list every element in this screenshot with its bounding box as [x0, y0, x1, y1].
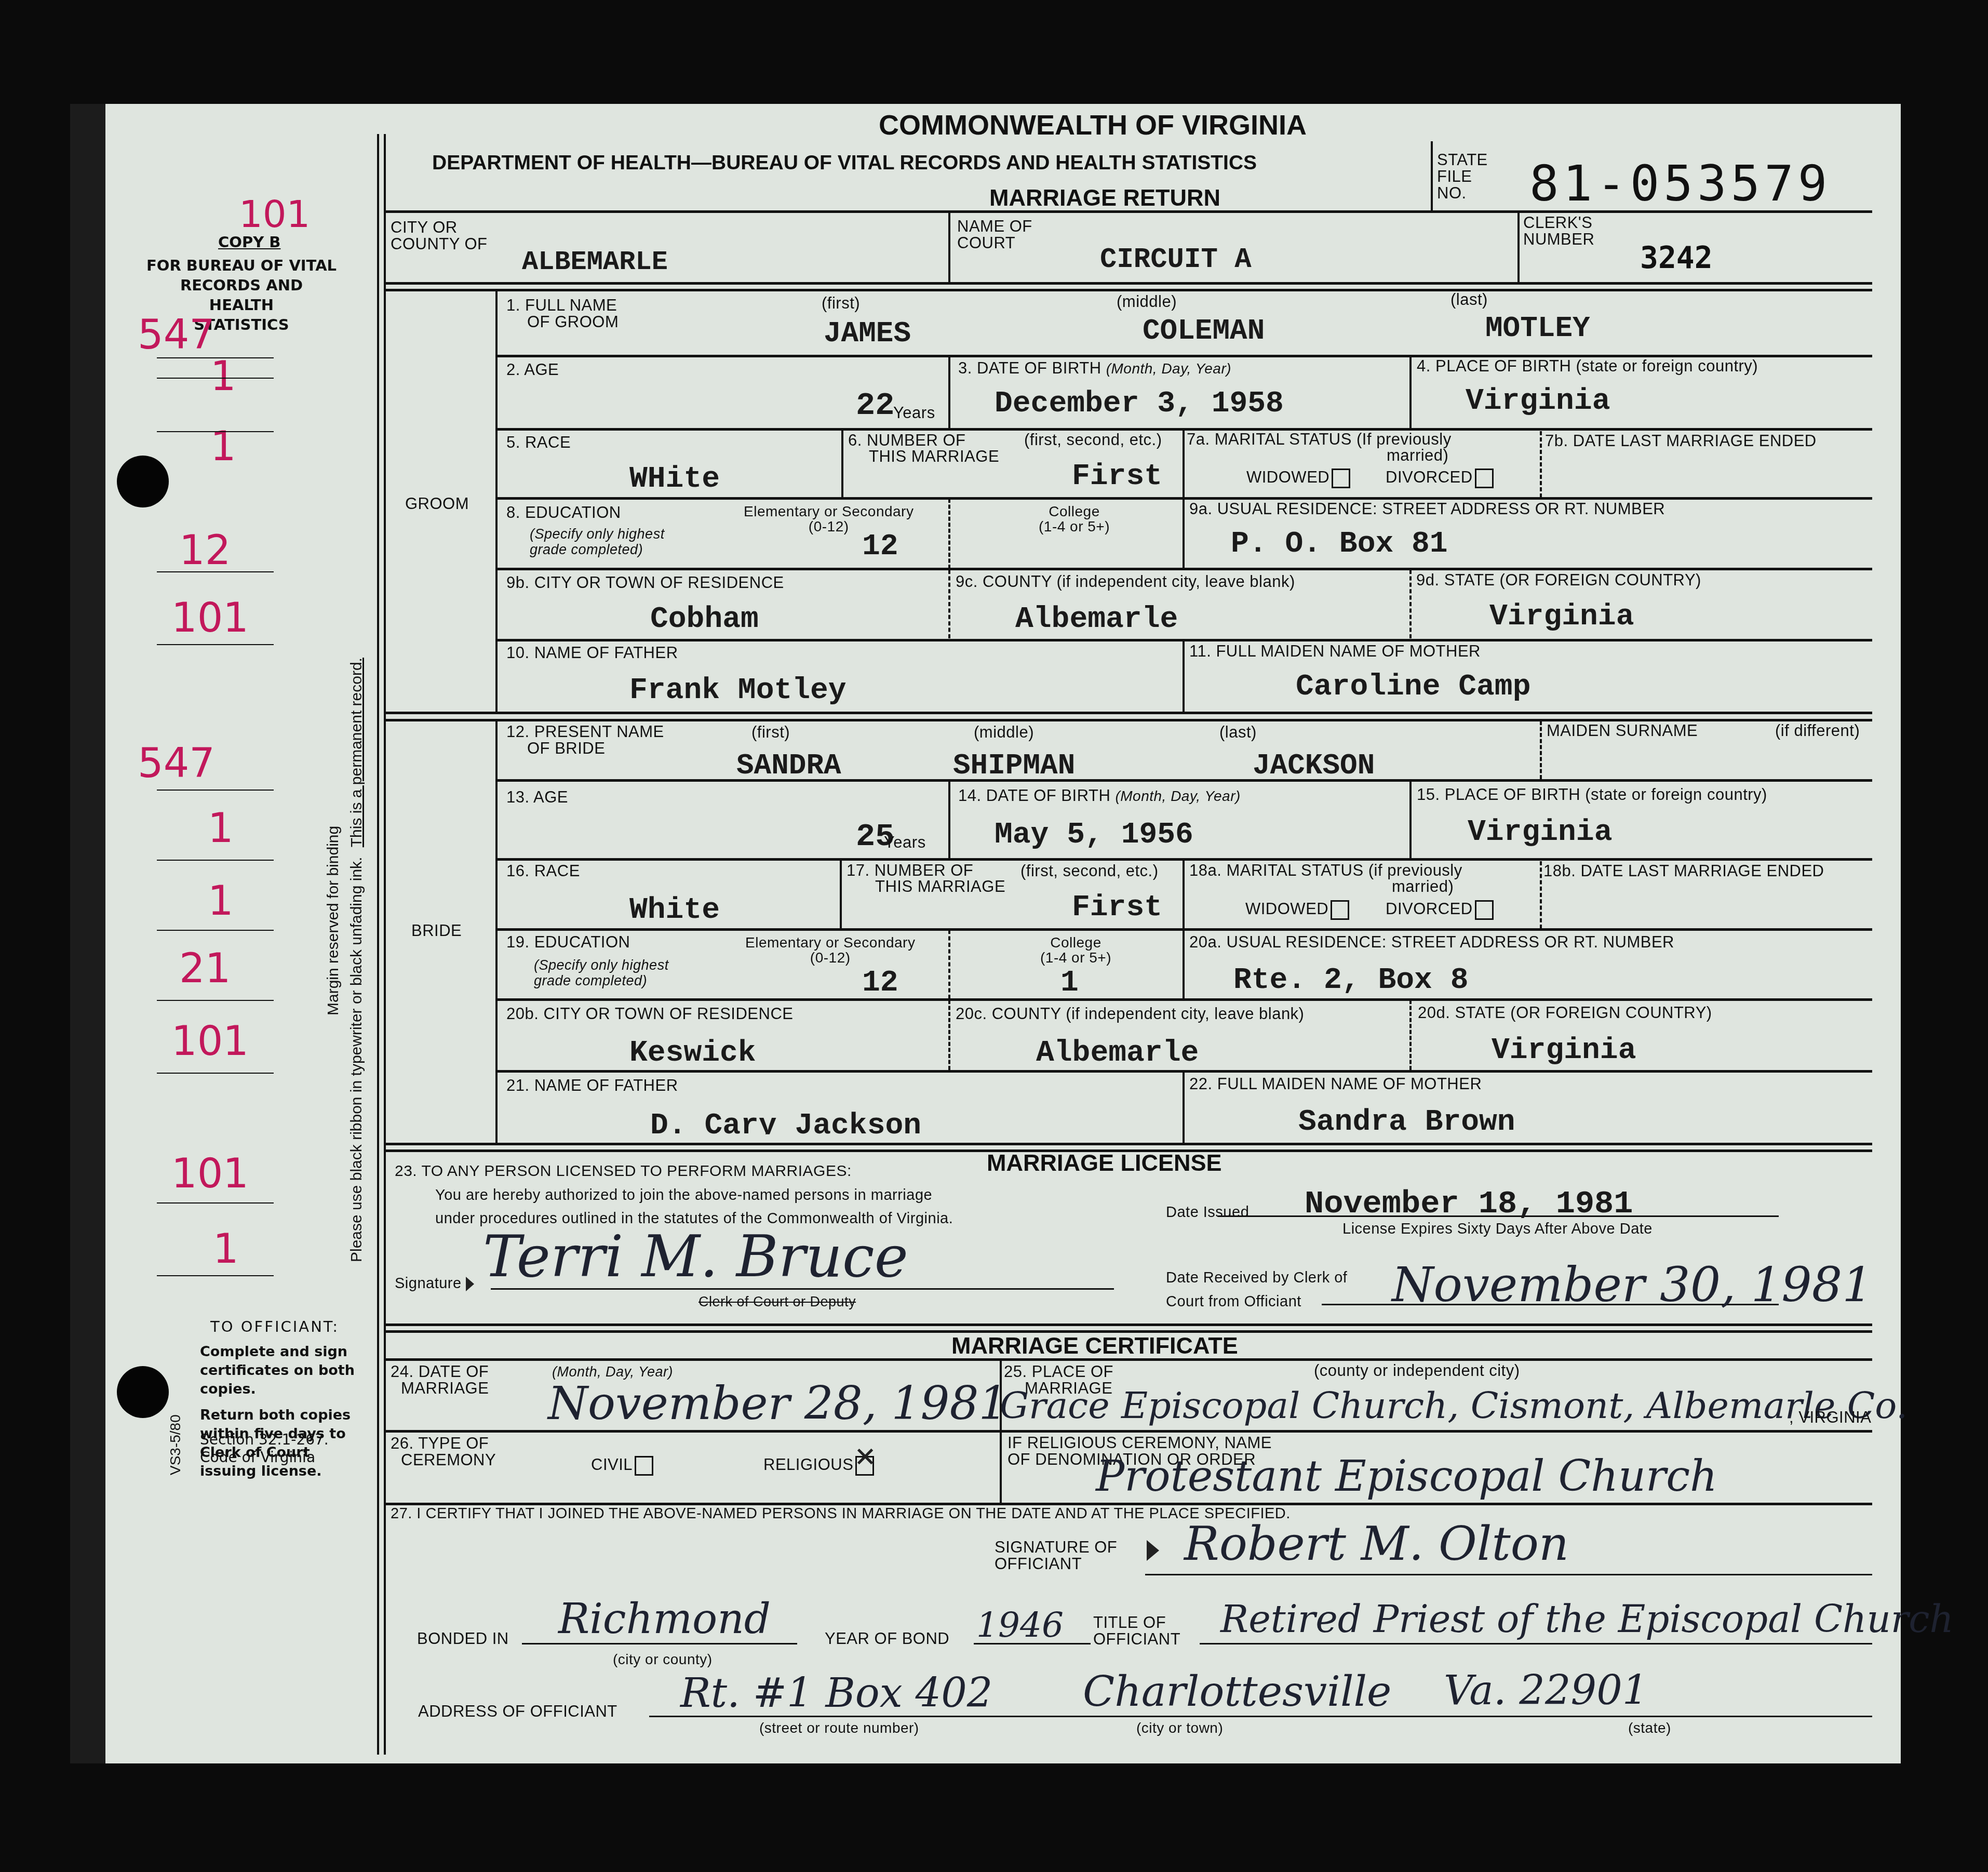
- signature-arrow-icon: [1147, 1540, 1159, 1561]
- form-code: VS3-5/80: [167, 1414, 184, 1475]
- groom-race: WHite: [629, 462, 720, 496]
- groom-name-label: 1. FULL NAMEOF GROOM: [506, 297, 619, 330]
- groom-city: Cobham: [650, 603, 759, 636]
- marriage-place: Grace Episcopal Church, Cismont, Albemar…: [1000, 1384, 1908, 1427]
- bride-county: Albemarle: [1036, 1036, 1199, 1070]
- groom-father: Frank Motley: [629, 674, 847, 707]
- state-title: COMMONWEALTH OF VIRGINIA: [879, 109, 1307, 141]
- groom-dob: December 3, 1958: [995, 387, 1284, 421]
- bride-race: White: [629, 893, 720, 927]
- section-ref: Section 32.1-267. Code of Virginia: [200, 1431, 329, 1466]
- bride-marriage-number: First: [1072, 891, 1162, 925]
- bride-middle-name: SHIPMAN: [953, 749, 1075, 782]
- bride-dob: May 5, 1956: [995, 818, 1193, 852]
- groom-county: Albemarle: [1015, 603, 1178, 636]
- bride-elementary-grade: 12: [862, 966, 898, 1000]
- binding-note: Margin reserved for binding: [325, 826, 342, 1015]
- bond-year: 1946: [976, 1605, 1064, 1645]
- groom-age: 22: [856, 387, 894, 424]
- clerk-number-label: CLERK'SNUMBER: [1523, 215, 1594, 248]
- certificate-title: MARRIAGE CERTIFICATE: [951, 1332, 1238, 1359]
- officiant-title: Retired Priest of the Episcopal Church: [1220, 1597, 1954, 1641]
- groom-divorced-checkbox[interactable]: DIVORCED: [1386, 469, 1494, 488]
- bride-section-label: BRIDE: [411, 922, 462, 939]
- punch-hole: [117, 1366, 169, 1418]
- frame-line: [377, 134, 379, 1755]
- groom-elementary-grade: 12: [862, 530, 898, 564]
- groom-last-name: MOTLEY: [1485, 312, 1590, 345]
- civil-checkbox[interactable]: CIVIL: [591, 1456, 653, 1476]
- groom-place-of-birth: Virginia: [1466, 384, 1610, 418]
- officiant-state: Va. 22901: [1444, 1667, 1648, 1714]
- city-county-value: ALBEMARLE: [522, 247, 668, 277]
- date-issued: November 18, 1981: [1305, 1185, 1633, 1222]
- groom-middle-name: COLEMAN: [1143, 314, 1265, 347]
- bride-street-address: Rte. 2, Box 8: [1233, 964, 1468, 997]
- court-value: CIRCUIT A: [1100, 244, 1252, 276]
- bride-city: Keswick: [629, 1036, 756, 1070]
- bride-widowed-checkbox[interactable]: WIDOWED: [1245, 900, 1349, 920]
- religious-checkbox[interactable]: RELIGIOUS: [763, 1456, 874, 1476]
- bonded-in: Richmond: [558, 1595, 771, 1643]
- state-file-label: STATE FILE NO.: [1437, 152, 1488, 202]
- groom-state: Virginia: [1489, 600, 1634, 634]
- bride-last-name: JACKSON: [1253, 749, 1375, 782]
- bride-college-years: 1: [1060, 966, 1079, 1000]
- department-title: DEPARTMENT OF HEALTH—BUREAU OF VITAL REC…: [432, 152, 1257, 175]
- date-received: November 30, 1981: [1392, 1257, 1873, 1313]
- groom-street-address: P. O. Box 81: [1231, 527, 1448, 561]
- bride-first-name: SANDRA: [736, 749, 841, 782]
- officiant-city: Charlottesville: [1083, 1667, 1391, 1716]
- groom-marriage-number: First: [1072, 460, 1162, 493]
- license-title: MARRIAGE LICENSE: [987, 1149, 1222, 1176]
- city-county-label: CITY ORCOUNTY OF: [391, 219, 488, 252]
- officiant-street: Rt. #1 Box 402: [680, 1670, 992, 1717]
- to-officiant-title: TO OFFICIANT:: [210, 1317, 339, 1336]
- bride-mother: Sandra Brown: [1298, 1105, 1515, 1139]
- ink-note: Please use black ribbon in typewriter or…: [348, 658, 366, 1262]
- frame-line: [384, 134, 386, 1755]
- clerk-number-value: 3242: [1640, 240, 1713, 275]
- form-title: MARRIAGE RETURN: [989, 184, 1220, 211]
- groom-mother: Caroline Camp: [1296, 670, 1530, 704]
- bride-state: Virginia: [1492, 1034, 1636, 1067]
- marriage-date: November 28, 1981: [548, 1376, 1008, 1430]
- state-file-number: 81-053579: [1529, 156, 1831, 212]
- denomination: Protestant Episcopal Church: [1096, 1452, 1717, 1501]
- binding-strip: [70, 104, 105, 1763]
- clerk-signature[interactable]: Terri M. Bruce: [483, 1223, 908, 1290]
- copy-label: COPY B: [218, 232, 280, 252]
- bride-place-of-birth: Virginia: [1468, 815, 1612, 849]
- groom-section-label: GROOM: [405, 495, 469, 512]
- groom-widowed-checkbox[interactable]: WIDOWED: [1246, 469, 1350, 488]
- groom-first-name: JAMES: [824, 317, 911, 350]
- punch-hole: [117, 456, 169, 507]
- copy-number: 101: [239, 192, 310, 236]
- bride-divorced-checkbox[interactable]: DIVORCED: [1386, 900, 1494, 920]
- officiant-signature[interactable]: Robert M. Olton: [1184, 1517, 1569, 1571]
- court-label: NAME OFCOURT: [957, 218, 1032, 251]
